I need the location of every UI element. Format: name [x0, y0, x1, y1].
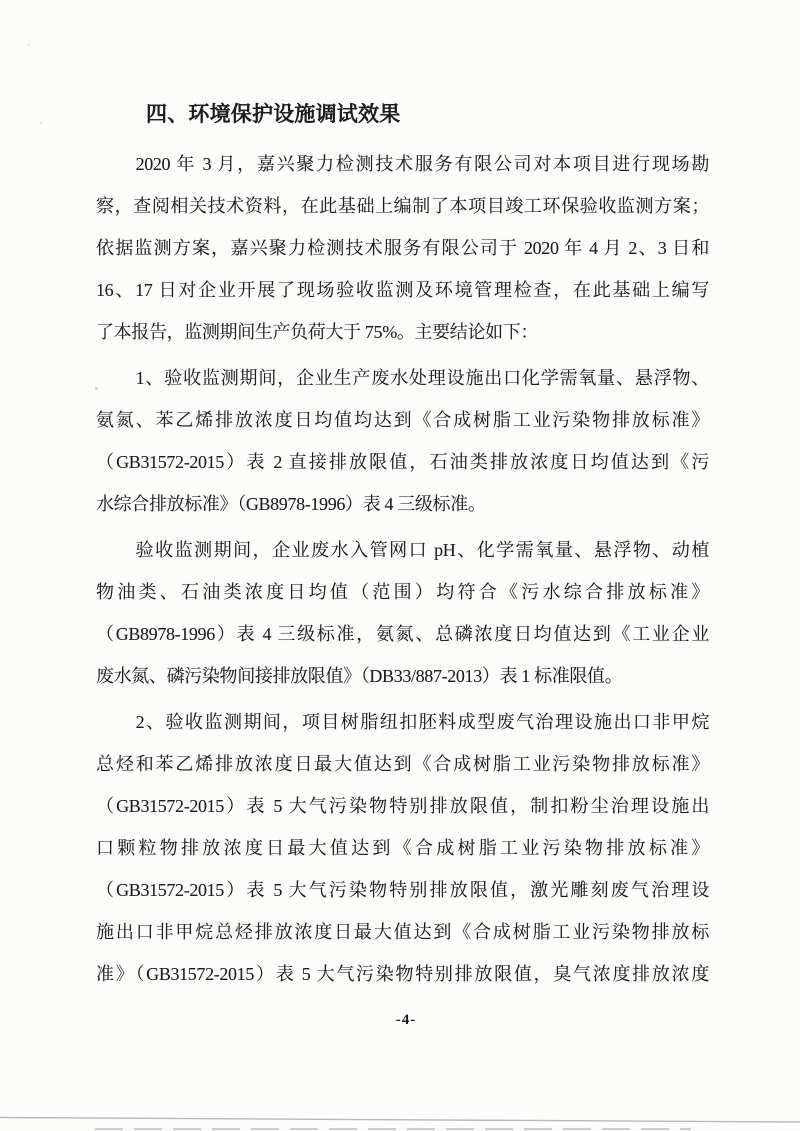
- text-line: 准》（GB31572-2015）表 5 大气污染物特别排放限值，臭气浓度排放浓度: [96, 953, 709, 995]
- paragraph: 验收监测期间，企业废水入管网口 pH、化学需氧量、悬浮物、动植物油类、石油类浓度…: [96, 529, 709, 697]
- paragraph: 2020 年 3 月，嘉兴聚力检测技术服务有限公司对本项目进行现场勘察，查阅相关…: [96, 143, 709, 353]
- text-line: 废水氮、磷污染物间接排放限值》（DB33/887-2013）表 1 标准限值。: [96, 655, 709, 697]
- text-line: 1、验收监测期间，企业生产废水处理设施出口化学需氧量、悬浮物、: [96, 357, 709, 399]
- text-line: 16、17 日对企业开展了现场验收监测及环境管理检查，在此基础上编写: [96, 269, 709, 311]
- text-line: 2、验收监测期间，项目树脂纽扣胚料成型废气治理设施出口非甲烷: [96, 701, 709, 743]
- scan-speck: [40, 122, 42, 124]
- text-line: 2020 年 3 月，嘉兴聚力检测技术服务有限公司对本项目进行现场勘: [96, 143, 709, 185]
- text-line: （GB31572-2015）表 2 直接排放限值，石油类排放浓度日均值达到《污: [96, 441, 709, 483]
- scan-speck: [28, 44, 30, 46]
- scanned-document-page: 四、环境保护设施调试效果 2020 年 3 月，嘉兴聚力检测技术服务有限公司对本…: [0, 0, 800, 1131]
- section-heading: 四、环境保护设施调试效果: [96, 101, 759, 128]
- paragraph: 1、验收监测期间，企业生产废水处理设施出口化学需氧量、悬浮物、氨氮、苯乙烯排放浓…: [96, 357, 709, 525]
- document-body: 2020 年 3 月，嘉兴聚力检测技术服务有限公司对本项目进行现场勘察，查阅相关…: [96, 143, 709, 999]
- text-line: 氨氮、苯乙烯排放浓度日均值均达到《合成树脂工业污染物排放标准》: [96, 399, 709, 441]
- text-line: （GB31572-2015）表 5 大气污染物特别排放限值，制扣粉尘治理设施出: [96, 785, 709, 827]
- scan-edge-shadow: [95, 1128, 691, 1131]
- scan-speck: [95, 387, 98, 390]
- text-line: 总烃和苯乙烯排放浓度日最大值达到《合成树脂工业污染物排放标准》: [96, 743, 709, 785]
- text-line: 口颗粒物排放浓度日最大值达到《合成树脂工业污染物排放标准》: [96, 827, 709, 869]
- text-line: （GB8978-1996）表 4 三级标准，氨氮、总磷浓度日均值达到《工业企业: [96, 613, 709, 655]
- text-line: 施出口非甲烷总烃排放浓度日最大值达到《合成树脂工业污染物排放标: [96, 911, 709, 953]
- text-line: 水综合排放标准》（GB8978-1996）表 4 三级标准。: [96, 483, 709, 525]
- text-line: 了本报告，监测期间生产负荷大于 75%。主要结论如下：: [96, 311, 709, 353]
- text-line: 验收监测期间，企业废水入管网口 pH、化学需氧量、悬浮物、动植: [96, 529, 709, 571]
- text-line: 察，查阅相关技术资料，在此基础上编制了本项目竣工环保验收监测方案；: [96, 185, 709, 227]
- text-line: 依据监测方案，嘉兴聚力检测技术服务有限公司于 2020 年 4 月 2、3 日和: [96, 227, 709, 269]
- paragraph: 2、验收监测期间，项目树脂纽扣胚料成型废气治理设施出口非甲烷总烃和苯乙烯排放浓度…: [96, 701, 709, 995]
- text-line: （GB31572-2015）表 5 大气污染物特别排放限值，激光雕刻废气治理设: [96, 869, 709, 911]
- page-number: -4-: [0, 1012, 800, 1029]
- text-line: 物油类、石油类浓度日均值（范围）均符合《污水综合排放标准》: [96, 571, 709, 613]
